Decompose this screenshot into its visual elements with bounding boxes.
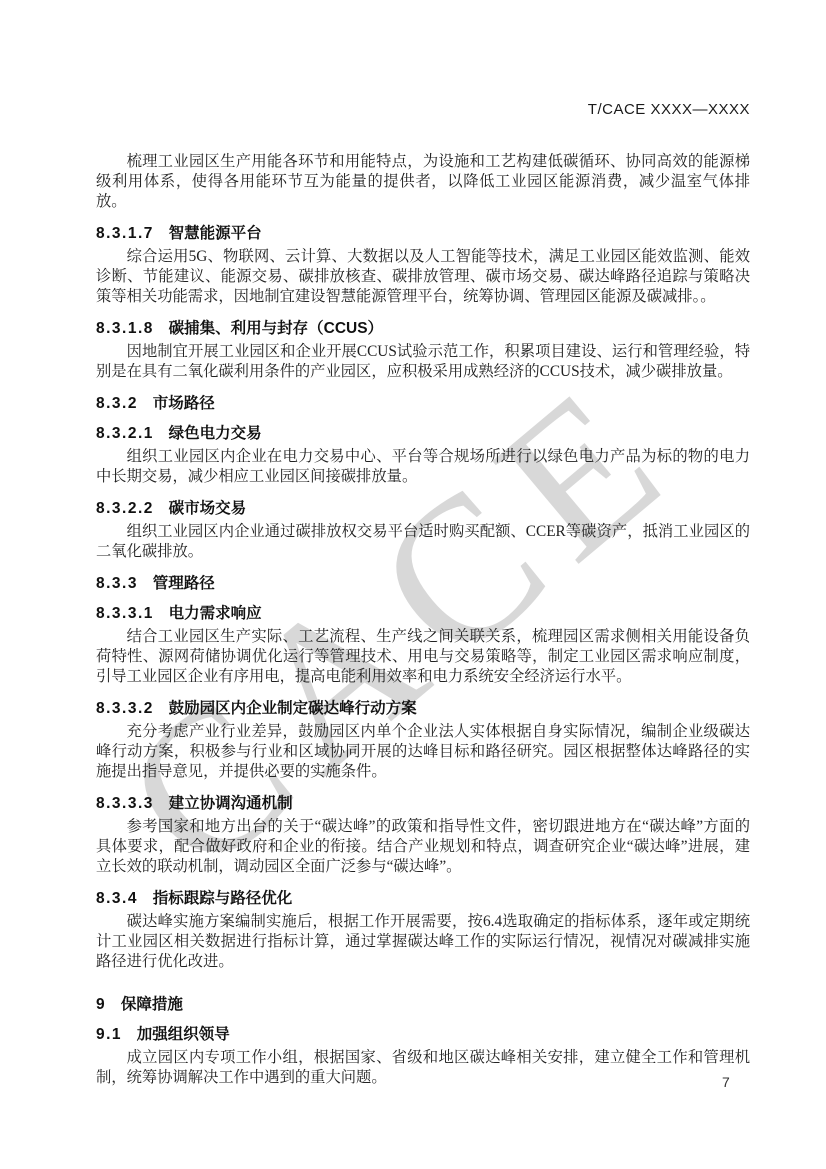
- heading-number: 8.3.2.1: [96, 425, 154, 442]
- heading-number: 8.3.2.2: [96, 500, 154, 517]
- heading-8-3-2: 8.3.2市场路径: [96, 395, 750, 412]
- heading-title: 智慧能源平台: [169, 225, 262, 242]
- standard-code-header: T/CACE XXXX—XXXX: [588, 101, 750, 118]
- heading-number: 8.3.3: [96, 575, 138, 592]
- heading-8-3-1-7: 8.3.1.7智慧能源平台: [96, 225, 750, 242]
- heading-8-3-4: 8.3.4指标跟踪与路径优化: [96, 890, 750, 907]
- heading-8-3-1-8: 8.3.1.8碳捕集、利用与封存（CCUS）: [96, 320, 750, 337]
- heading-title: 鼓励园区内企业制定碳达峰行动方案: [169, 700, 417, 717]
- heading-number: 8.3.3.1: [96, 605, 154, 622]
- heading-number: 9: [96, 996, 106, 1013]
- heading-title: 加强组织领导: [137, 1026, 230, 1043]
- paragraph-green-power-trading: 组织工业园区内企业在电力交易中心、平台等合规场所进行以绿色电力产品为标的物的电力…: [96, 447, 750, 487]
- heading-8-3-2-1: 8.3.2.1绿色电力交易: [96, 425, 750, 442]
- document-page: CACE T/CACE XXXX—XXXX 梳理工业园区生产用能各环节和用能特点…: [0, 0, 826, 1169]
- heading-title: 电力需求响应: [169, 605, 262, 622]
- paragraph-carbon-market-trading: 组织工业园区内企业通过碳排放权交易平台适时购买配额、CCER等碳资产，抵消工业园…: [96, 522, 750, 562]
- paragraph-coordination-mechanism: 参考国家和地方出台的关于“碳达峰”的政策和指导性文件，密切跟进地方在“碳达峰”方…: [96, 817, 750, 877]
- heading-8-3-3-2: 8.3.3.2鼓励园区内企业制定碳达峰行动方案: [96, 700, 750, 717]
- heading-title: 建立协调沟通机制: [169, 795, 293, 812]
- heading-title: 碳市场交易: [169, 500, 247, 517]
- heading-9-1: 9.1加强组织领导: [96, 1026, 750, 1043]
- paragraph-ccus: 因地制宜开展工业园区和企业开展CCUS试验示范工作，积累项目建设、运行和管理经验…: [96, 342, 750, 382]
- heading-title: 保障措施: [121, 996, 183, 1013]
- heading-number: 8.3.3.3: [96, 795, 154, 812]
- heading-title: 绿色电力交易: [169, 425, 262, 442]
- heading-number: 8.3.3.2: [96, 700, 154, 717]
- heading-8-3-3: 8.3.3管理路径: [96, 575, 750, 592]
- paragraph-enterprise-action-plan: 充分考虑产业行业差异，鼓励园区内单个企业法人实体根据自身实际情况，编制企业级碳达…: [96, 722, 750, 782]
- heading-title: 市场路径: [153, 395, 215, 412]
- heading-title: 碳捕集、利用与封存（CCUS）: [169, 320, 383, 337]
- heading-8-3-3-1: 8.3.3.1电力需求响应: [96, 605, 750, 622]
- heading-number: 8.3.1.8: [96, 320, 154, 337]
- heading-title: 指标跟踪与路径优化: [153, 890, 293, 907]
- page-number: 7: [722, 1074, 730, 1090]
- paragraph-indicator-tracking: 碳达峰实施方案编制实施后，根据工作开展需要，按6.4选取确定的指标体系，逐年或定…: [96, 912, 750, 972]
- paragraph-smart-energy-platform: 综合运用5G、物联网、云计算、大数据以及人工智能等技术，满足工业园区能效监测、能…: [96, 247, 750, 307]
- document-body: 梳理工业园区生产用能各环节和用能特点，为设施和工艺构建低碳循环、协同高效的能源梯…: [96, 152, 750, 1090]
- heading-number: 8.3.4: [96, 890, 138, 907]
- heading-number: 9.1: [96, 1026, 122, 1043]
- heading-number: 8.3.1.7: [96, 225, 154, 242]
- heading-number: 8.3.2: [96, 395, 138, 412]
- paragraph-organization-leadership: 成立园区内专项工作小组，根据国家、省级和地区碳达峰相关安排，建立健全工作和管理机…: [96, 1048, 750, 1088]
- heading-title: 管理路径: [153, 575, 215, 592]
- heading-8-3-3-3: 8.3.3.3建立协调沟通机制: [96, 795, 750, 812]
- heading-8-3-2-2: 8.3.2.2碳市场交易: [96, 500, 750, 517]
- paragraph-demand-response: 结合工业园区生产实际、工艺流程、生产线之间关联关系，梳理园区需求侧相关用能设备负…: [96, 627, 750, 687]
- paragraph-energy-cascade: 梳理工业园区生产用能各环节和用能特点，为设施和工艺构建低碳循环、协同高效的能源梯…: [96, 152, 750, 212]
- heading-9: 9保障措施: [96, 996, 750, 1013]
